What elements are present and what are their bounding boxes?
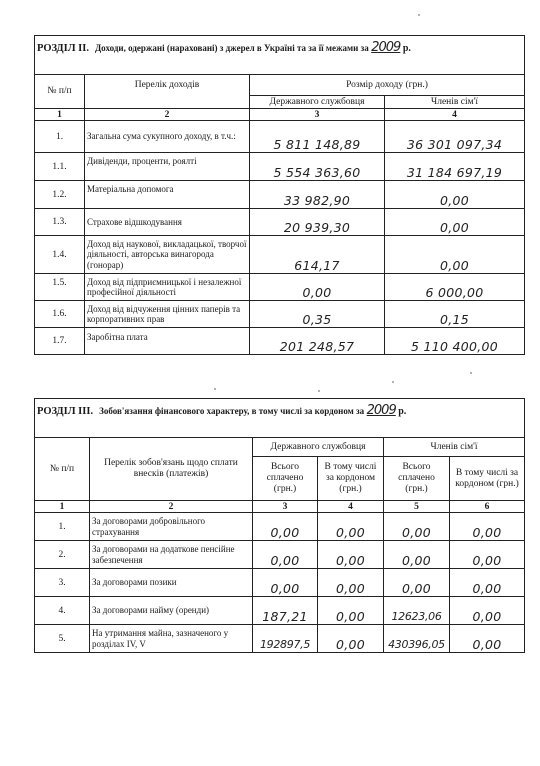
- family-abroad: 0,00: [450, 569, 525, 597]
- row-num: 2.: [35, 541, 90, 569]
- official-abroad: 0,00: [318, 541, 384, 569]
- col-index: 2: [90, 501, 253, 513]
- table-row: 1.4. Доход від наукової, викладацької, т…: [35, 236, 525, 274]
- official-amount: 0,00: [250, 274, 385, 301]
- header-family-abroad: В тому числі за кордоном (грн.): [450, 457, 525, 501]
- col-index: 4: [318, 501, 384, 513]
- year-handwritten: 2009: [367, 403, 396, 418]
- header-obligations-list: Перелік зобов'язань щодо сплати внесків …: [90, 438, 253, 501]
- table-row: 4. За договорами найму (оренди) 187,21 0…: [35, 597, 525, 625]
- official-amount: 0,35: [250, 301, 385, 328]
- col-index: 5: [384, 501, 450, 513]
- col-index: 4: [385, 109, 525, 121]
- family-abroad: 0,00: [450, 597, 525, 625]
- section-number: РОЗДІЛ II.: [37, 43, 89, 54]
- official-total: 0,00: [253, 513, 318, 541]
- row-num: 1.4.: [35, 236, 85, 274]
- family-amount: 0,00: [385, 236, 525, 274]
- official-total: 192897,5: [253, 625, 318, 653]
- col-index: 1: [35, 109, 85, 121]
- family-amount: 0,00: [385, 209, 525, 236]
- family-amount: 0,00: [385, 181, 525, 209]
- col-index: 3: [253, 501, 318, 513]
- header-family: Членів сім'ї: [384, 438, 525, 457]
- official-total: 0,00: [253, 569, 318, 597]
- header-family-total: Всього сплачено (грн.): [384, 457, 450, 501]
- row-num: 1.: [35, 513, 90, 541]
- year-suffix: р.: [403, 43, 411, 54]
- table-row: 1.6. Доход від відчуження цінних паперів…: [35, 301, 525, 328]
- scan-speck: [214, 388, 216, 390]
- row-label: Дивіденди, проценти, роялті: [85, 153, 250, 181]
- official-abroad: 0,00: [318, 597, 384, 625]
- row-num: 1.1.: [35, 153, 85, 181]
- row-num: 1.5.: [35, 274, 85, 301]
- official-amount: 614,17: [250, 236, 385, 274]
- row-label: Заробітна плата: [85, 328, 250, 355]
- row-label: За договорами позики: [90, 569, 253, 597]
- row-label: Загальна сума сукупного доходу, в т.ч.:: [85, 121, 250, 153]
- header-official: Державного службовця: [250, 96, 385, 109]
- section-3-table: РОЗДІЛ III.Зобов'язання фінансового хара…: [34, 398, 525, 653]
- row-label: Страхове відшкодування: [85, 209, 250, 236]
- col-index: 3: [250, 109, 385, 121]
- family-amount: 0,15: [385, 301, 525, 328]
- scan-speck: [418, 14, 420, 16]
- row-num: 1.6.: [35, 301, 85, 328]
- header-official: Державного службовця: [253, 438, 384, 457]
- section-2-title: РОЗДІЛ II.Доходи, одержані (нараховані) …: [35, 36, 525, 75]
- header-num: № п/п: [35, 75, 85, 109]
- header-official-total: Всього сплачено (грн.): [253, 457, 318, 501]
- official-amount: 33 982,90: [250, 181, 385, 209]
- row-label: Доход від наукової, викладацької, творчо…: [85, 236, 250, 274]
- header-income-size: Розмір доходу (грн.): [250, 75, 525, 96]
- col-index: 6: [450, 501, 525, 513]
- row-num: 4.: [35, 597, 90, 625]
- col-index: 2: [85, 109, 250, 121]
- table-row: 1.1. Дивіденди, проценти, роялті 5 554 3…: [35, 153, 525, 181]
- row-num: 1.2.: [35, 181, 85, 209]
- family-amount: 36 301 097,34: [385, 121, 525, 153]
- header-income-list: Перелік доходів: [85, 75, 250, 109]
- official-abroad: 0,00: [318, 625, 384, 653]
- family-abroad: 0,00: [450, 541, 525, 569]
- row-label: За договорами найму (оренди): [90, 597, 253, 625]
- row-num: 1.3.: [35, 209, 85, 236]
- section-title-text: Зобов'язання фінансового характеру, в то…: [99, 406, 364, 416]
- table-row: 1. За договорами добровільного страхуван…: [35, 513, 525, 541]
- family-total: 0,00: [384, 513, 450, 541]
- table-row: 1. Загальна сума сукупного доходу, в т.ч…: [35, 121, 525, 153]
- table-row: 5. На утримання майна, зазначеного у роз…: [35, 625, 525, 653]
- row-num: 5.: [35, 625, 90, 653]
- section-3-title: РОЗДІЛ III.Зобов'язання фінансового хара…: [35, 399, 525, 438]
- family-total: 0,00: [384, 569, 450, 597]
- row-label: На утримання майна, зазначеного у розділ…: [90, 625, 253, 653]
- family-abroad: 0,00: [450, 625, 525, 653]
- col-index: 1: [35, 501, 90, 513]
- table-row: 2. За договорами на додаткове пенсійне з…: [35, 541, 525, 569]
- row-num: 3.: [35, 569, 90, 597]
- scan-speck: [470, 372, 472, 374]
- family-amount: 5 110 400,00: [385, 328, 525, 355]
- row-num: 1.7.: [35, 328, 85, 355]
- official-amount: 5 811 148,89: [250, 121, 385, 153]
- year-handwritten: 2009: [371, 40, 400, 55]
- table-row: 1.5. Доход від підприємницької і незалеж…: [35, 274, 525, 301]
- section-number: РОЗДІЛ III.: [37, 406, 93, 417]
- table-row: 1.7. Заробітна плата 201 248,57 5 110 40…: [35, 328, 525, 355]
- official-amount: 5 554 363,60: [250, 153, 385, 181]
- official-total: 187,21: [253, 597, 318, 625]
- row-num: 1.: [35, 121, 85, 153]
- table-row: 1.2. Матеріальна допомога 33 982,90 0,00: [35, 181, 525, 209]
- scan-speck: [392, 381, 394, 383]
- official-amount: 20 939,30: [250, 209, 385, 236]
- row-label: Матеріальна допомога: [85, 181, 250, 209]
- family-amount: 6 000,00: [385, 274, 525, 301]
- table-row: 1.3. Страхове відшкодування 20 939,30 0,…: [35, 209, 525, 236]
- year-suffix: р.: [398, 406, 406, 417]
- family-total: 0,00: [384, 541, 450, 569]
- row-label: За договорами добровільного страхування: [90, 513, 253, 541]
- row-label: За договорами на додаткове пенсійне забе…: [90, 541, 253, 569]
- family-amount: 31 184 697,19: [385, 153, 525, 181]
- header-official-abroad: В тому числі за кордоном (грн.): [318, 457, 384, 501]
- row-label: Доход від відчуження цінних паперів та к…: [85, 301, 250, 328]
- family-total: 430396,05: [384, 625, 450, 653]
- official-amount: 201 248,57: [250, 328, 385, 355]
- family-abroad: 0,00: [450, 513, 525, 541]
- family-total: 12623,06: [384, 597, 450, 625]
- section-title-text: Доходи, одержані (нараховані) з джерел в…: [95, 43, 369, 53]
- row-label: Доход від підприємницької і незалежної п…: [85, 274, 250, 301]
- table-row: 3. За договорами позики 0,00 0,00 0,00 0…: [35, 569, 525, 597]
- scan-speck: [318, 390, 320, 392]
- header-family: Членів сім'ї: [385, 96, 525, 109]
- header-num: № п/п: [35, 438, 90, 501]
- official-total: 0,00: [253, 541, 318, 569]
- official-abroad: 0,00: [318, 513, 384, 541]
- official-abroad: 0,00: [318, 569, 384, 597]
- section-2-table: РОЗДІЛ II.Доходи, одержані (нараховані) …: [34, 35, 525, 355]
